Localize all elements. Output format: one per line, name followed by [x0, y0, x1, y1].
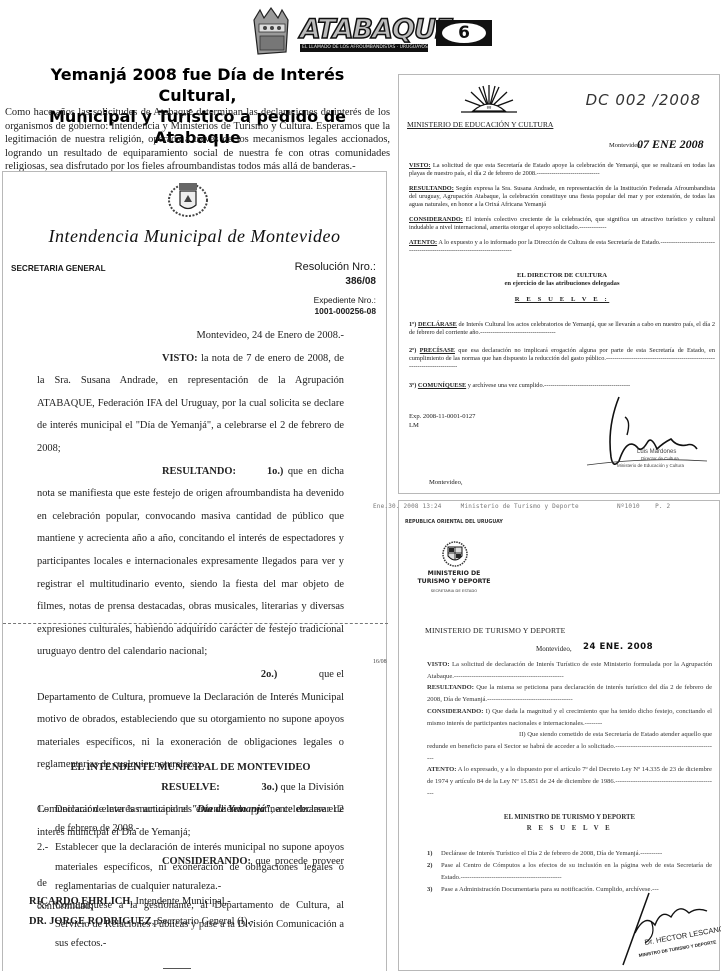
mec-signer-name: Luis Mardones [637, 449, 676, 455]
mec-resuelve: R E S U E L V E : [409, 296, 715, 304]
imm-letterhead-title: Intendencia Municipal de Montevideo [3, 226, 386, 247]
mtd-resultando: RESULTANDO: Que la misma se peticiona pa… [427, 682, 712, 705]
mec-considerando: CONSIDERANDO: El interés colectivo creci… [409, 216, 715, 232]
mec-resolution-items: 1º) DECLÁRASE de Interés Cultural los ac… [409, 321, 715, 390]
item-number: 1.- [37, 800, 48, 819]
mtd-considerando: CONSIDERANDO: I) Que dada la magnitud y … [427, 706, 712, 729]
mec-file: Exp. 2008-11-0001-0127 LM [409, 413, 475, 430]
mtd-logo-line-2: TURISMO Y DEPORTE [409, 578, 499, 586]
mtd-resolution-document: Ene.30. 2008 13:24 Ministerio de Turismo… [398, 500, 720, 971]
file-label: Expediente Nro.: [314, 295, 376, 305]
mtd-date-stamp: 24 ENE. 2008 [583, 642, 653, 652]
imm-resolution-item: 2.-Establecer que la declaración de inte… [37, 838, 344, 896]
fold-line [3, 623, 388, 624]
file-number: 1001-000256-08 [315, 306, 376, 316]
imm-resultando-2-head: 2o.) que el [37, 664, 344, 687]
signer-1: RICARDO EHRLICH, Intendente Municipal.- [29, 892, 349, 912]
item-number: 2.- [37, 838, 48, 857]
imm-resultando-1: RESULTANDO: 1o.) que en dicha nota se ma… [37, 461, 344, 664]
mtd-visto: VISTO: La solicitud de declaración de In… [427, 659, 712, 682]
mec-resolution-document: ºº MINISTERIO DE EDUCACIÓN Y CULTURA DC … [398, 74, 720, 494]
handwritten-reference: DC 002 /2008 [586, 91, 701, 109]
republic-name: REPUBLICA ORIENTAL DEL URUGUAY [405, 520, 503, 525]
resultando-1-num: 1o.) [267, 466, 283, 477]
mtd-authority: EL MINISTRO DE TURISMO Y DEPORTE [427, 813, 712, 824]
atento-text: A lo expresado, y a lo dispuesto por el … [427, 766, 712, 796]
resolution-label: Resolución Nro.: [295, 261, 376, 273]
mtd-signature: Dr. HECTOR LESCANO MINISTRO DE TURISMO Y… [615, 873, 721, 969]
atento-label: ATENTO: [409, 239, 437, 246]
logo-tagline: EL LLAMADO DE LOS AFROUMBANDISTAS · URUG… [300, 44, 428, 52]
headline-line-1: Yemanjá 2008 fue Día de Interés Cultural… [10, 64, 385, 106]
imm-signatures: RICARDO EHRLICH, Intendente Municipal.- … [29, 892, 349, 932]
mtd-logo-subtitle: SECRETARIA DE ESTADO [409, 588, 499, 593]
crown-emblem-icon [250, 6, 292, 58]
visto-text: Sra. Susana Andrade, en representación d… [37, 375, 344, 454]
svg-text:Director de Cultura: Director de Cultura [641, 456, 679, 461]
mtd-margin-number: 16/08 [373, 659, 387, 665]
fax-header: Ene.30. 2008 13:24 Ministerio de Turismo… [373, 503, 719, 510]
resultando-2-start: que el [319, 669, 344, 680]
imm-authority: EL INTENDENTE MUNICIPAL DE MONTEVIDEO [37, 758, 344, 778]
visto-label: VISTO: [409, 162, 431, 169]
mec-exp-number: Exp. 2008-11-0001-0127 [409, 413, 475, 422]
signer-1-name: RICARDO EHRLICH [29, 896, 130, 907]
mtd-atento: ATENTO: A lo expresado, y a lo dispuesto… [427, 764, 712, 799]
visto-label: VISTO: [162, 353, 198, 364]
mec-authority-2: en ejercicio de las atribuciones delegad… [409, 280, 715, 288]
page-number: 6 [442, 23, 486, 43]
mtd-logo-line-1: MINISTERIO DE [409, 570, 499, 578]
mec-atento: ATENTO: A lo expuesto y a lo informado p… [409, 239, 715, 255]
footer-rule [163, 968, 191, 969]
considerando-label: CONSIDERANDO: [427, 708, 483, 715]
visto-text: La solicitud de declaración de Interés T… [427, 661, 712, 680]
signature-scribble-icon: Dr. HECTOR LESCANO MINISTRO DE TURISMO Y… [615, 873, 721, 969]
resultando-label: RESULTANDO: [427, 684, 474, 691]
logo-text: ATABAQUE [300, 16, 428, 44]
svg-text:Ministerio de Educación y Cult: Ministerio de Educación y Cultura [617, 463, 685, 468]
mtd-body: VISTO: La solicitud de declaración de In… [427, 659, 712, 896]
visto-label: VISTO: [427, 661, 450, 668]
signer-2-role: , Secretario General (I).- [152, 916, 254, 927]
imm-resolution-document: Intendencia Municipal de Montevideo SECR… [2, 171, 387, 971]
signature-scribble-icon: Luis Mardones Director de Cultura Minist… [567, 387, 717, 477]
mtd-considerando-2: II) Que siendo cometido de esta Secretar… [427, 729, 712, 764]
mtd-resolution-item: 1)Declárase de Interés Turístico el Día … [427, 848, 712, 860]
imm-department: SECRETARIA GENERAL [11, 264, 106, 273]
svg-text:ºº: ºº [487, 106, 492, 112]
signer-2: DR. JORGE RODRIGUEZ, Secretario General … [29, 912, 349, 932]
mtd-city: Montevideo, [536, 645, 572, 653]
imm-visto: VISTO: la nota de 7 de enero de 2008, de… [37, 348, 344, 461]
resultando-label: RESULTANDO: [162, 466, 236, 477]
visto-text: La solicitud de que esta Secretaría de E… [409, 162, 715, 177]
mtd-logo-text: MINISTERIO DE TURISMO Y DEPORTE [409, 570, 499, 586]
signer-2-name: DR. JORGE RODRIGUEZ [29, 916, 152, 927]
resultando-text: Según expresa la Sra. Susana Andrade, en… [409, 185, 715, 208]
resultando-label: RESULTANDO: [409, 185, 454, 192]
uruguay-coat-of-arms-icon [441, 539, 469, 567]
mec-footer-city: Montevideo, [429, 479, 463, 486]
mtd-header: MINISTERIO DE TURISMO Y DEPORTE [425, 626, 565, 635]
mec-initials: LM [409, 422, 475, 431]
atento-label: ATENTO: [427, 766, 456, 773]
montevideo-coat-of-arms-icon [167, 178, 209, 218]
considerando-label: CONSIDERANDO: [409, 216, 463, 223]
atabaque-logo: ATABAQUE EL LLAMADO DE LOS AFROUMBANDIST… [300, 16, 428, 52]
resultando-1-text: se manifiesta que este festejo de origen… [37, 488, 344, 657]
mec-resolution-item: 2º) PRECÍSASE que esa declaración no imp… [409, 347, 715, 372]
resolution-number: 386/08 [345, 276, 376, 287]
signer-1-role: , Intendente Municipal.- [130, 896, 230, 907]
mec-resolution-item: 1º) DECLÁRASE de Interés Cultural los ac… [409, 321, 715, 337]
mec-visto: VISTO: La solicitud de que esta Secretar… [409, 162, 715, 178]
mec-signature: Luis Mardones Director de Cultura Minist… [567, 387, 717, 477]
mec-ministry-name: MINISTERIO DE EDUCACIÓN Y CULTURA [407, 120, 553, 129]
mec-body: VISTO: La solicitud de que esta Secretar… [409, 162, 715, 400]
imm-resolution-item: 1.-Declarar de interés municipal el "Día… [37, 800, 344, 838]
mec-date-stamp: 07 ENE 2008 [637, 137, 704, 152]
masthead: ATABAQUE EL LLAMADO DE LOS AFROUMBANDIST… [228, 2, 518, 58]
sun-emblem-icon: ºº [459, 81, 519, 115]
imm-resuelve: RESUELVE: [37, 778, 344, 798]
mec-resultando: RESULTANDO: Según expresa la Sra. Susana… [409, 185, 715, 210]
imm-date: Montevideo, 24 de Enero de 2008.- [37, 325, 344, 348]
resultando-2-num: 2o.) [261, 669, 277, 680]
article-intro: Como hace años las solicitudes de Atabaq… [5, 106, 390, 174]
mtd-resuelve: R E S U E L V E [427, 824, 712, 835]
mec-authority-1: EL DIRECTOR DE CULTURA [409, 272, 715, 280]
atento-text: A lo expuesto y a lo informado por la Di… [409, 239, 715, 254]
page-number-badge: 6 [436, 20, 492, 46]
